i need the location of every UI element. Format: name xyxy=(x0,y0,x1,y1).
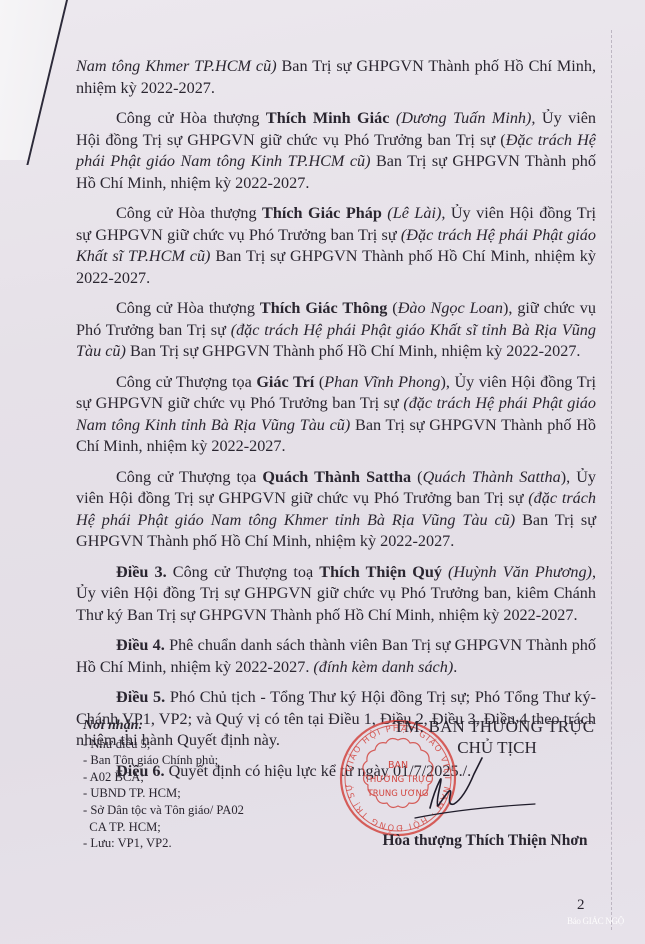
text-run: Công cử Thượng toạ xyxy=(167,563,320,581)
text-run: Đào Ngọc Loan xyxy=(398,299,503,317)
paragraph: Công cử Thượng tọa Giác Trí (Phan Vĩnh P… xyxy=(76,372,596,458)
text-run: Thích Thiện Quý xyxy=(319,563,442,581)
recipient-item: - A02 BCA; xyxy=(83,769,244,786)
paragraph: Điều 3. Công cử Thượng toạ Thích Thiện Q… xyxy=(76,562,596,627)
recipients-title: Nơi nhận: xyxy=(83,718,244,735)
text-run: Công cử Hòa thượng xyxy=(116,109,266,127)
text-run: Quách Thành Sattha xyxy=(423,468,561,486)
text-run: (Dương Tuấn Minh), xyxy=(389,109,535,127)
text-run: Công cử Thượng tọa xyxy=(116,373,256,391)
text-run: Thích Giác Thông xyxy=(260,299,387,317)
recipient-item: - Sở Dân tộc và Tôn giáo/ PA02 xyxy=(83,802,244,819)
recipient-item: CA TP. HCM; xyxy=(83,819,244,836)
text-run: Thích Minh Giác xyxy=(266,109,390,127)
document-page: Nam tông Khmer TP.HCM cũ) Ban Trị sự GHP… xyxy=(0,0,645,944)
text-run: Điều 4. xyxy=(116,636,165,654)
text-run: Nam tông Khmer TP.HCM cũ) xyxy=(76,57,277,75)
text-run: ( xyxy=(314,373,324,391)
text-run: ( xyxy=(387,299,397,317)
recipient-item: - Ban Tôn giáo Chính phủ; xyxy=(83,752,244,769)
recipient-item: - UBND TP. HCM; xyxy=(83,785,244,802)
text-run: Thích Giác Pháp xyxy=(262,204,382,222)
recipients-list: - Như điều 5;- Ban Tôn giáo Chính phủ;- … xyxy=(83,736,244,852)
text-run: ( xyxy=(411,468,423,486)
text-run: Quách Thành Sattha xyxy=(262,468,411,486)
margin-dashed-rule xyxy=(611,30,612,930)
text-run: . xyxy=(453,658,457,676)
paragraph: Nam tông Khmer TP.HCM cũ) Ban Trị sự GHP… xyxy=(76,56,596,99)
recipient-item: - Lưu: VP1, VP2. xyxy=(83,835,244,852)
paragraph: Điều 4. Phê chuẩn danh sách thành viên B… xyxy=(76,635,596,678)
text-run: Điều 5. xyxy=(116,688,165,706)
text-run: (Lê Lài), xyxy=(382,204,446,222)
document-body: Nam tông Khmer TP.HCM cũ) Ban Trị sự GHP… xyxy=(76,56,596,791)
text-run: (đính kèm danh sách) xyxy=(313,658,453,676)
text-run: Công cử Thượng tọa xyxy=(116,468,262,486)
paragraph: Công cử Hòa thượng Thích Giác Pháp (Lê L… xyxy=(76,203,596,289)
handwritten-signature-icon xyxy=(410,750,540,820)
paragraph: Công cử Hòa thượng Thích Giác Thông (Đào… xyxy=(76,298,596,363)
text-run: Công cử Hòa thượng xyxy=(116,299,260,317)
text-run: Phan Vĩnh Phong xyxy=(324,373,440,391)
publisher-watermark: Báo GIÁC NGỘ xyxy=(567,916,624,926)
paragraph: Công cử Thượng tọa Quách Thành Sattha (Q… xyxy=(76,467,596,553)
page-number: 2 xyxy=(577,897,585,914)
text-run: Điều 3. xyxy=(116,563,167,581)
paragraph: Công cử Hòa thượng Thích Minh Giác (Dươn… xyxy=(76,108,596,194)
text-run: Ban Trị sự GHPGVN Thành phố Hồ Chí Minh,… xyxy=(126,342,581,360)
text-run: Công cử Hòa thượng xyxy=(116,204,262,222)
recipient-item: - Như điều 5; xyxy=(83,736,244,753)
svg-text:BAN: BAN xyxy=(388,760,408,771)
recipients-block: Nơi nhận: - Như điều 5;- Ban Tôn giáo Ch… xyxy=(83,718,244,852)
text-run: (Huỳnh Văn Phương) xyxy=(442,563,592,581)
text-run: Giác Trí xyxy=(256,373,314,391)
on-behalf-label: TM. BAN THƯỜNG TRỰC xyxy=(330,716,620,737)
signer-name: Hòa thượng Thích Thiện Nhơn xyxy=(360,832,610,850)
